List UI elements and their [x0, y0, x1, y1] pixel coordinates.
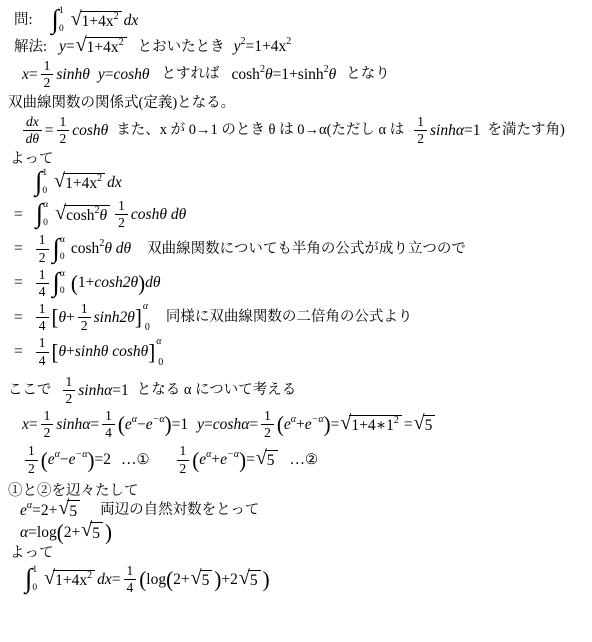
square-root: √cosh2θ [55, 205, 110, 225]
simplified-antiderivative-line: =14[θ+sinhθ coshθ]α0 [14, 336, 588, 367]
math-text: 5 [92, 525, 100, 543]
lower-limit: 0 [59, 25, 64, 35]
square-root: √5 [239, 570, 261, 590]
math-var: x [22, 66, 29, 84]
radical-icon: √ [58, 498, 69, 518]
math-text: =1 [172, 416, 189, 434]
spacer [280, 460, 290, 461]
superscript: α [132, 414, 137, 426]
spacer [150, 317, 166, 318]
spacer [336, 74, 346, 75]
integral-icon: ∫ [35, 170, 42, 193]
integral-limits: α0 [43, 201, 48, 228]
numerator: 1 [115, 199, 128, 215]
spacer [188, 424, 197, 425]
math-var: θ dθ [104, 240, 131, 258]
math-text: 1 [60, 115, 67, 129]
denominator: 2 [417, 131, 424, 146]
spacer [150, 460, 174, 461]
math-var: θ [59, 309, 67, 327]
radicand: 1+4x2 [63, 173, 105, 193]
integral-limits: α0 [60, 236, 65, 263]
math-text: 1 [127, 564, 134, 578]
math-text: = [14, 240, 23, 258]
math-text: cosh [66, 207, 94, 225]
numerator: 1 [57, 115, 70, 131]
denominator: 2 [180, 461, 187, 476]
jp-text: また、x が 0→1 のとき θ は 0→α(ただし α は [116, 122, 404, 139]
delimiter: ) [165, 415, 172, 435]
square-root: √1+4∗12 [340, 415, 402, 435]
fraction: 12 [78, 302, 91, 333]
fraction: 14 [36, 268, 49, 299]
radicand: cosh2θ [64, 205, 110, 225]
lower-limit: 0 [32, 584, 37, 594]
integral-limits: 10 [32, 566, 37, 593]
superscript: 2 [87, 570, 92, 582]
spacer [404, 130, 411, 131]
jp-text: となる α について考える [137, 382, 297, 399]
radical-icon: √ [54, 171, 65, 191]
math-text: + [66, 309, 75, 327]
exp-alpha-line: eα=2+√5両辺の自然対数をとって [20, 500, 588, 520]
numerator: 1 [36, 268, 49, 284]
upper-limit: 1 [42, 169, 47, 179]
math-var: θ [265, 66, 273, 84]
math-text: 1 [81, 302, 88, 316]
radicand: 1+4x2 [80, 11, 122, 31]
math-text: 1 [66, 375, 73, 389]
spacer [131, 249, 147, 250]
math-text: 5 [267, 452, 275, 470]
math-var: y [234, 38, 241, 56]
math-var: x [22, 416, 29, 434]
math-text: − [137, 416, 146, 434]
numerator: 1 [78, 302, 91, 318]
integral-icon: ∫ [53, 237, 60, 260]
math-text: 1+4x [82, 13, 114, 31]
spacer [220, 74, 232, 75]
math-text: log [146, 571, 166, 589]
math-var: coshθ dθ [131, 206, 186, 224]
integral-substituted-line: =∫α0√cosh2θ12coshθ dθ [14, 199, 588, 230]
math-text: cosh [232, 66, 260, 84]
spacer [82, 510, 100, 511]
math-var: dx [124, 12, 139, 30]
fraction: 14 [36, 336, 49, 367]
math-text: = [249, 416, 258, 434]
superscript: α [291, 414, 296, 426]
numerator: 1 [261, 409, 274, 425]
math-var: y [197, 416, 204, 434]
upper-limit: α [156, 337, 163, 347]
math-text: = [204, 416, 213, 434]
math-text: = [112, 571, 121, 589]
spacer [23, 352, 33, 353]
math-text: = [331, 416, 340, 434]
math-text: 4 [39, 285, 46, 299]
math-text: 1 [417, 115, 424, 129]
integral-limits: 10 [59, 7, 64, 34]
therefore-line-1: よって [10, 151, 588, 168]
math-text: =log [28, 524, 57, 542]
substitution-line: 解法:y=√1+4x2とおいたときy2=1+4x2 [14, 37, 588, 57]
math-text: 1 [180, 444, 187, 458]
delimiter: ) [214, 570, 221, 590]
numerator: 1 [36, 302, 49, 318]
integral-icon: ∫ [52, 8, 59, 31]
integral: ∫10 [25, 566, 41, 593]
fraction: 14 [102, 409, 115, 440]
math-var: θ [100, 207, 108, 225]
math-var: sinhα [56, 416, 90, 434]
spacer [33, 20, 51, 21]
integral-icon: ∫ [25, 567, 32, 590]
math-var: dx [26, 115, 39, 129]
math-text: = [105, 66, 114, 84]
math-var: coshθ [72, 122, 108, 140]
math-text: 1+4∗1 [351, 417, 394, 435]
jp-text: を満たす角) [487, 122, 564, 139]
math-text: 1 [105, 409, 112, 423]
math-text: 2 [39, 251, 46, 265]
superscript: 2 [99, 238, 104, 250]
fraction: 12 [63, 375, 76, 406]
math-text: 4 [39, 319, 46, 333]
math-text: = [14, 274, 23, 292]
math-text: … [121, 451, 137, 469]
jp-text: とすれば [162, 66, 220, 83]
superscript: 2 [260, 64, 265, 76]
square-root: √5 [191, 570, 213, 590]
spacer [480, 130, 487, 131]
square-root: √5 [414, 415, 436, 435]
upper-limit: α [143, 302, 150, 312]
math-text: 2 [28, 462, 35, 476]
integral: ∫α0 [36, 201, 52, 228]
math-var: α [20, 524, 28, 542]
math-var: e [125, 416, 132, 434]
denominator: 2 [118, 215, 125, 230]
fraction: 12 [177, 444, 190, 475]
superscript: 2 [114, 11, 119, 23]
math-var: sinh2θ [94, 309, 135, 327]
fraction: 14 [36, 302, 49, 333]
math-text: 1 [28, 444, 35, 458]
jp-text: 問: [14, 12, 33, 29]
radicand: 1+4x2 [53, 570, 95, 590]
math-text: 1 [39, 233, 46, 247]
spacer [23, 214, 35, 215]
jp-text: ② [305, 452, 318, 469]
spacer [90, 74, 98, 75]
delimiter: ( [277, 415, 284, 435]
final-answer-line: ∫10√1+4x2dx=14(log(2+√5)+2√5) [24, 564, 588, 595]
integral-limits: α0 [60, 270, 65, 297]
eval-limits: α0 [156, 337, 163, 368]
spacer [225, 47, 234, 48]
fraction: 12 [414, 115, 427, 146]
math-text: 1 [264, 409, 271, 423]
alpha-value-line: α=log(2+√5) [20, 522, 588, 542]
fraction: 14 [124, 564, 137, 595]
math-text: 1+4x [55, 572, 87, 590]
delimiter: ( [118, 415, 125, 435]
problem-line: 問:∫10√1+4x2dx [14, 7, 588, 34]
delimiter: [ [52, 308, 59, 328]
numerator: 1 [63, 375, 76, 391]
superscript: −α [153, 414, 165, 426]
math-text: 1 [39, 302, 46, 316]
denominator: 4 [105, 425, 112, 440]
math-text: 2 [417, 132, 424, 146]
square-root: √1+4x2 [76, 37, 127, 57]
delimiter: ) [88, 450, 95, 470]
square-root: √1+4x2 [44, 570, 95, 590]
spacer [129, 390, 137, 391]
math-text: cosh [71, 240, 99, 258]
math-var: e [305, 416, 312, 434]
delimiter: ) [105, 523, 112, 543]
denominator: 2 [264, 425, 271, 440]
math-text: 2 [264, 426, 271, 440]
jp-text: よって [10, 545, 54, 562]
math-var: e [69, 451, 76, 469]
math-text: = [14, 309, 23, 327]
delimiter: ( [71, 273, 78, 293]
math-var: e [220, 451, 227, 469]
math-var: dθ [145, 274, 160, 292]
fraction: 12 [25, 444, 38, 475]
radical-icon: √ [414, 413, 425, 433]
spacer [23, 317, 33, 318]
math-text: 2+ [173, 571, 190, 589]
alpha-condition-line: ここで12sinhα=1となる α について考える [8, 375, 588, 406]
spacer [108, 130, 116, 131]
math-text: 5 [69, 503, 77, 521]
math-text: 2+ [64, 524, 81, 542]
math-text: + [211, 451, 220, 469]
delimiter: ( [41, 450, 48, 470]
math-text: =2+ [32, 502, 57, 520]
lower-limit: 0 [60, 287, 65, 297]
therefore-line-2: よって [10, 545, 588, 562]
jp-text: よって [10, 151, 54, 168]
math-text: − [60, 451, 69, 469]
math-text: 1 [39, 336, 46, 350]
math-document: 問:∫10√1+4x2dx解法:y=√1+4x2とおいたときy2=1+4x2x=… [0, 0, 592, 595]
denominator: 2 [44, 75, 51, 90]
math-text: 4 [127, 581, 134, 595]
jp-text: 解法: [14, 39, 47, 56]
delimiter: ] [135, 308, 142, 328]
delimiter: ( [166, 570, 173, 590]
jp-text: 双曲線関数の関係式(定義)となる。 [8, 95, 235, 112]
math-text: = [29, 66, 38, 84]
math-text: 2 [81, 319, 88, 333]
delimiter: ) [263, 570, 270, 590]
derivative-line: dxdθ=12coshθまた、x が 0→1 のとき θ は 0→α(ただし α… [20, 115, 588, 146]
denominator: 4 [127, 580, 134, 595]
math-text: = [45, 122, 54, 140]
superscript: α [55, 449, 60, 461]
superscript: 2 [119, 37, 124, 49]
math-text: 1 [44, 409, 51, 423]
integral: ∫10 [35, 169, 51, 196]
square-root: √5 [256, 450, 278, 470]
math-text: =1 [112, 382, 129, 400]
math-var: e [284, 416, 291, 434]
fraction: dxdθ [23, 115, 42, 146]
integral-limits: 10 [42, 169, 47, 196]
math-text: = [66, 38, 75, 56]
square-root: √1+4x2 [54, 173, 105, 193]
superscript: α [27, 500, 32, 512]
math-text: = [14, 343, 23, 361]
math-text: 5 [425, 417, 433, 435]
superscript: −α [227, 449, 239, 461]
superscript: 2 [394, 415, 399, 427]
denominator: 4 [39, 284, 46, 299]
math-var: e [146, 416, 153, 434]
jp-text: ① [137, 452, 150, 469]
delimiter: ( [192, 450, 199, 470]
hyperbolic-substitution-line: x=12sinhθy=coshθとすればcosh2θ=1+sinh2θとなり [22, 59, 588, 90]
superscript: 2 [324, 64, 329, 76]
square-root: √5 [81, 522, 103, 542]
math-var: sinhθ coshθ [75, 343, 148, 361]
lower-limit: 0 [156, 358, 163, 368]
fraction: 12 [41, 59, 54, 90]
math-text: = [14, 206, 23, 224]
integral-original-line: ∫10√1+4x2dx [34, 169, 588, 196]
numerator: 1 [124, 564, 137, 580]
math-text: 4 [105, 426, 112, 440]
upper-limit: α [60, 270, 65, 280]
math-var: coshα [213, 416, 250, 434]
integral: ∫α0 [53, 236, 69, 263]
math-var: dx [97, 571, 112, 589]
radical-icon: √ [239, 568, 250, 588]
radicand: 1+4x2 [85, 37, 127, 57]
math-text: + [296, 416, 305, 434]
math-text: =1+sinh [273, 66, 324, 84]
spacer [47, 47, 59, 48]
numerator: 1 [41, 59, 54, 75]
spacer [52, 390, 60, 391]
math-text: 1+4x [87, 39, 119, 57]
math-text: = [246, 451, 255, 469]
math-var: y [98, 66, 105, 84]
numerator: 1 [25, 444, 38, 460]
upper-limit: 1 [59, 7, 64, 17]
spacer [150, 74, 162, 75]
radical-icon: √ [81, 520, 92, 540]
math-var: θ [329, 66, 337, 84]
expanded-integral-line: =14∫α0(1+cosh2θ)dθ [14, 268, 588, 299]
math-text: 1 [39, 268, 46, 282]
math-text: 2 [118, 216, 125, 230]
integral-icon: ∫ [36, 202, 43, 225]
integral-icon: ∫ [53, 271, 60, 294]
math-var: e [48, 451, 55, 469]
half-angle-line: =12∫α0cosh2θ dθ双曲線関数についても半角の公式が成り立つので [14, 233, 588, 264]
delimiter: ) [324, 415, 331, 435]
denominator: 4 [39, 318, 46, 333]
jp-text: 両辺の自然対数をとって [100, 502, 259, 519]
denominator: 2 [44, 425, 51, 440]
jp-text: 同様に双曲線関数の二倍角の公式より [166, 309, 413, 326]
numerator: dx [23, 115, 42, 131]
fraction: 12 [115, 199, 128, 230]
radical-icon: √ [71, 9, 82, 29]
spacer [23, 283, 33, 284]
denominator: 4 [39, 353, 46, 368]
integral: ∫α0 [53, 270, 69, 297]
math-text: 1 [44, 59, 51, 73]
lower-limit: 0 [60, 253, 65, 263]
math-var: cosh2θ [94, 274, 138, 292]
delimiter: ) [138, 273, 145, 293]
alpha-equations-line: x=12sinhα=14(eα−e−α)=1y=coshα=12(eα+e−α)… [22, 409, 588, 440]
math-text: 2 [60, 132, 67, 146]
superscript: 2 [95, 205, 100, 217]
fraction: 12 [41, 409, 54, 440]
math-text: =1+4x [246, 38, 287, 56]
jp-text: となり [346, 66, 390, 83]
radical-icon: √ [340, 413, 351, 433]
math-var: coshθ [113, 66, 149, 84]
denominator: 2 [81, 318, 88, 333]
numerator: 1 [102, 409, 115, 425]
superscript: α [206, 449, 211, 461]
numbered-equations-line: 12(eα−e−α)=2…①12(eα+e−α)=√5…② [22, 444, 588, 475]
math-text: 1+ [78, 274, 95, 292]
math-text: =2 [95, 451, 112, 469]
math-var: y [59, 38, 66, 56]
radical-icon: √ [191, 568, 202, 588]
denominator: 2 [60, 131, 67, 146]
radical-icon: √ [76, 35, 87, 55]
upper-limit: α [43, 201, 48, 211]
numerator: 1 [177, 444, 190, 460]
jp-text: 双曲線関数についても半角の公式が成り立つので [147, 241, 466, 258]
fraction: 12 [261, 409, 274, 440]
superscript: 2 [97, 173, 102, 185]
math-var: sinhα [430, 122, 464, 140]
definition-note-line: 双曲線関数の関係式(定義)となる。 [8, 95, 588, 112]
radicand: 1+4∗12 [349, 415, 402, 435]
math-var: sinhα [78, 382, 112, 400]
delimiter: ] [148, 342, 155, 362]
math-var: dθ [26, 132, 39, 146]
square-root: √5 [58, 500, 80, 520]
math-text: 2 [44, 426, 51, 440]
superscript: 2 [241, 36, 246, 48]
radical-icon: √ [55, 203, 66, 223]
square-root: √1+4x2 [71, 11, 122, 31]
numerator: 1 [414, 115, 427, 131]
denominator: 2 [66, 391, 73, 406]
math-text: 1 [118, 199, 125, 213]
radical-icon: √ [256, 448, 267, 468]
denominator: 2 [28, 461, 35, 476]
upper-limit: α [60, 236, 65, 246]
integral: ∫10 [52, 7, 68, 34]
numerator: 1 [41, 409, 54, 425]
math-var: dx [107, 174, 122, 192]
math-text: 4 [39, 354, 46, 368]
